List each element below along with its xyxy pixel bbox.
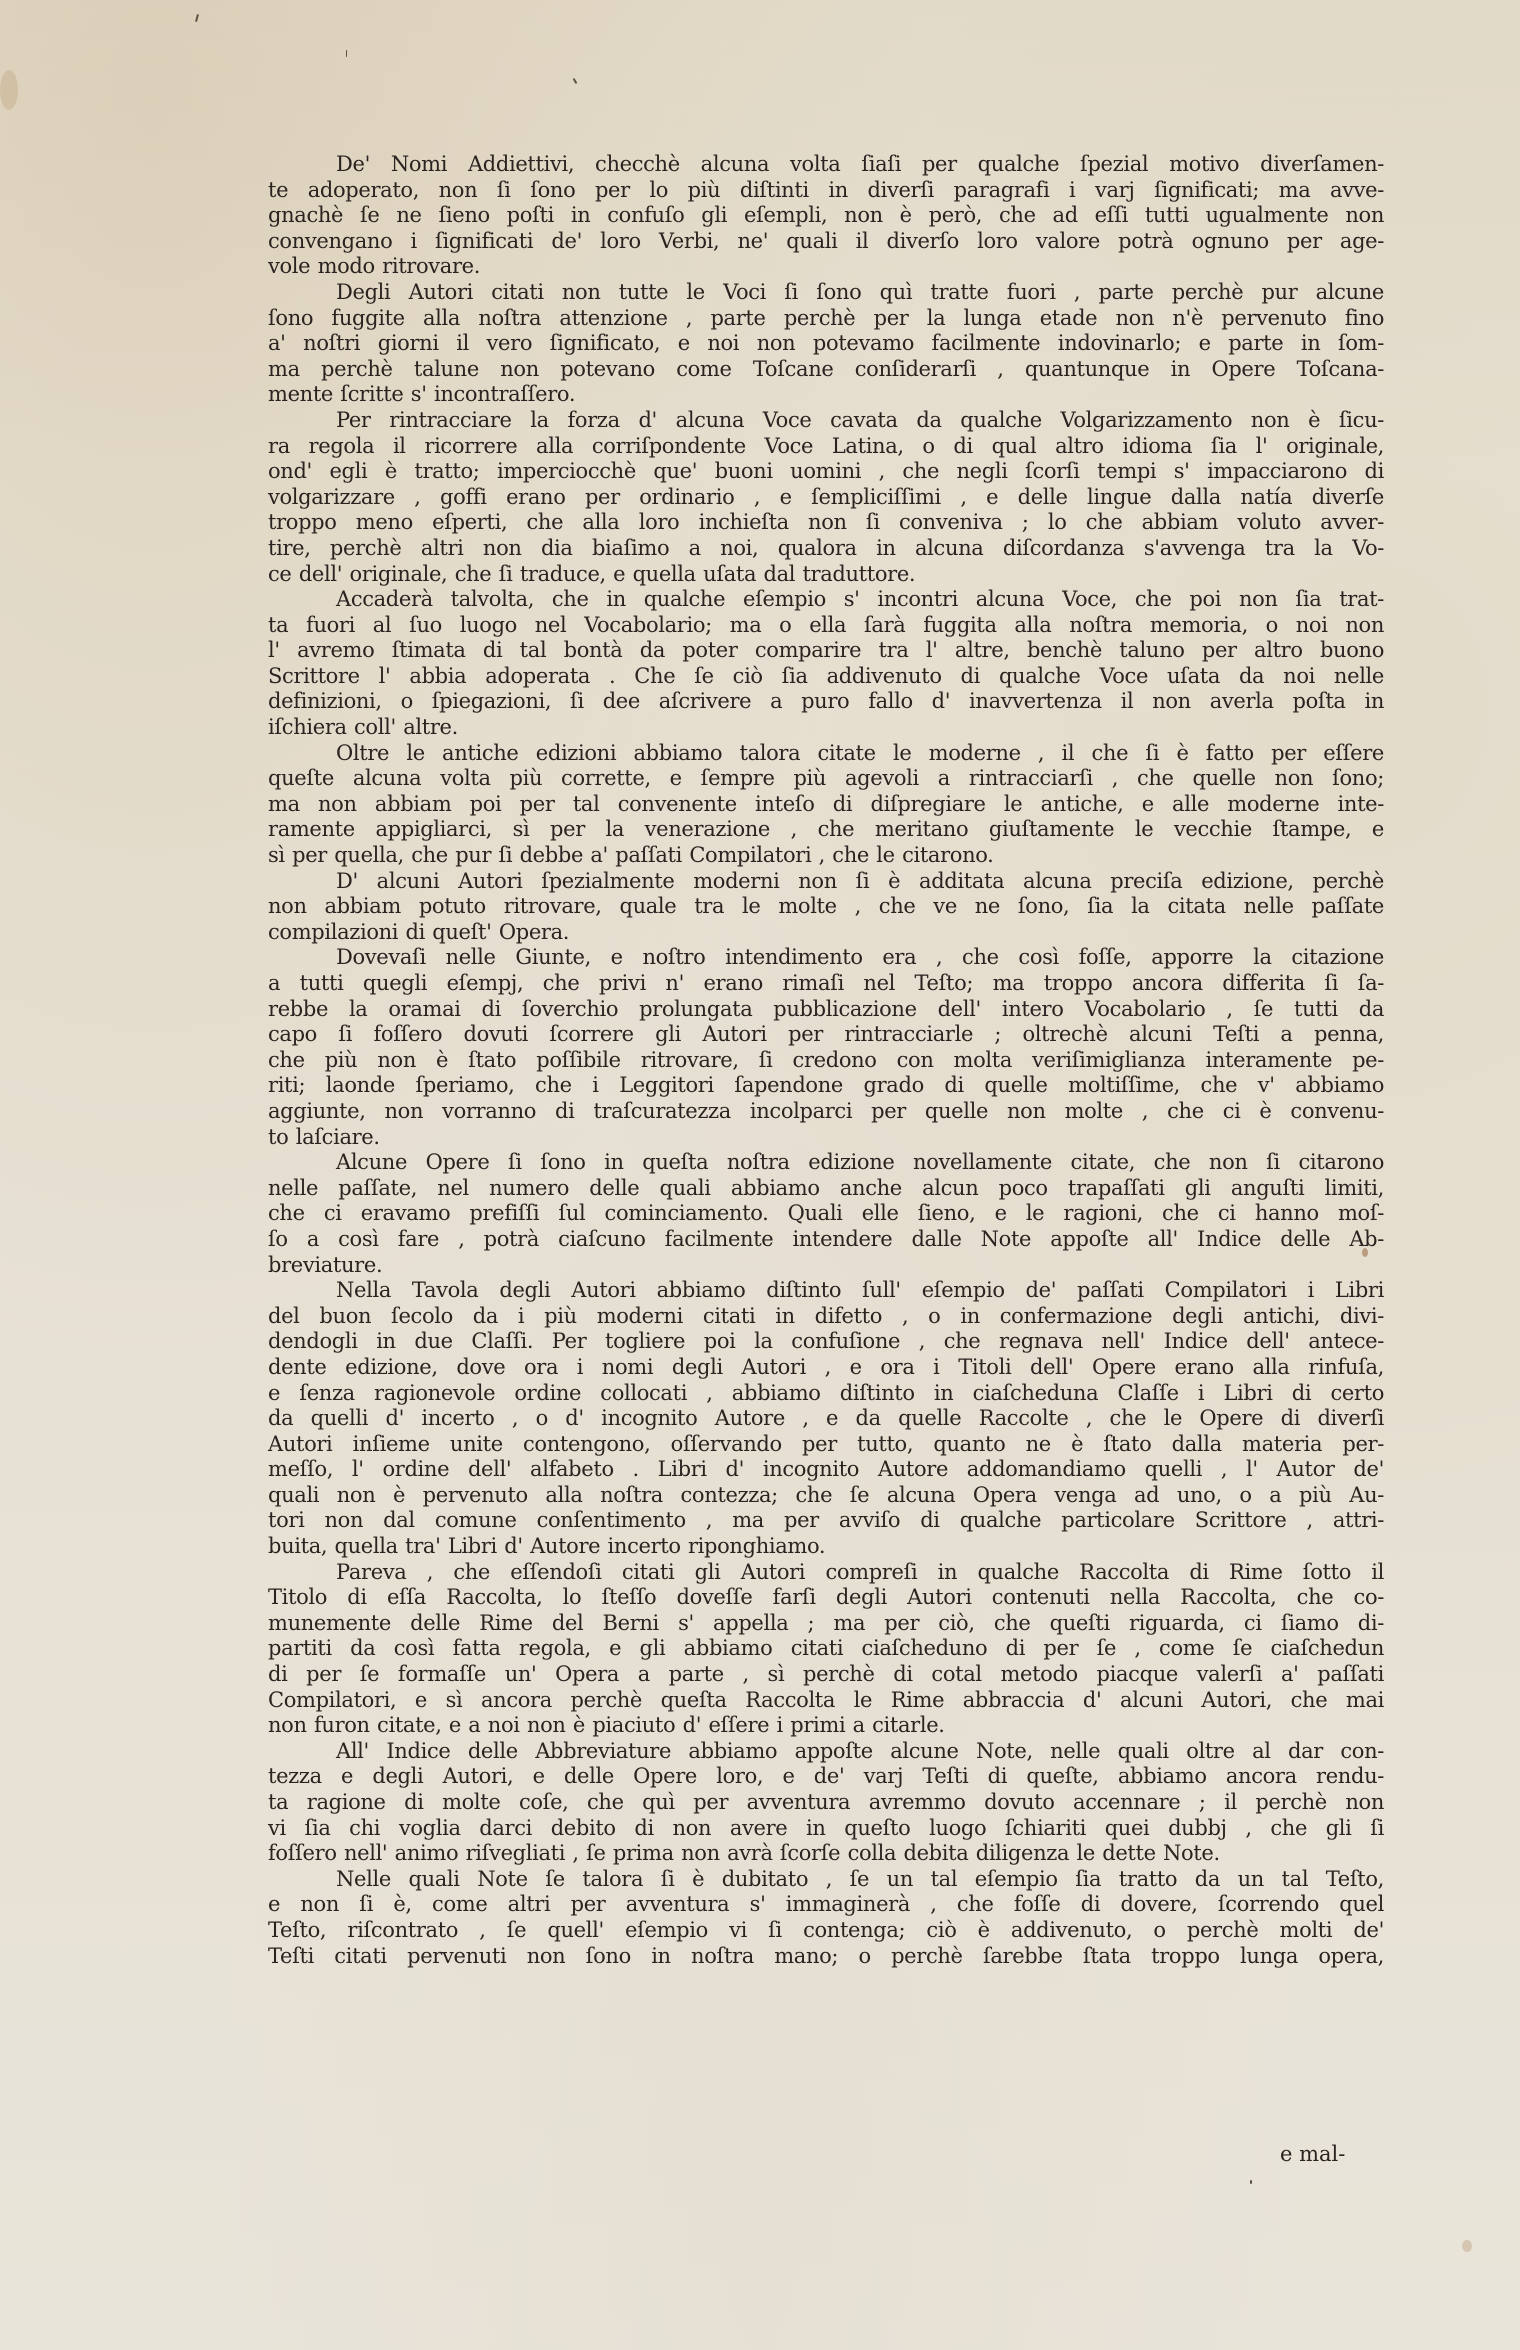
text-line: te adoperato, non ſi ſono per lo più diſ… (268, 178, 1384, 204)
text-line: ramente appigliarci, sì per la venerazio… (268, 817, 1384, 843)
text-line: ce dell' originale, che ſi traduce, e qu… (268, 562, 1384, 588)
text-line: riti; laonde ſperiamo, che i Leggitori ſ… (268, 1073, 1384, 1099)
text-line: che più non è ſtato poſſibile ritrovare,… (268, 1048, 1384, 1074)
text-line: buita, quella tra' Libri d' Autore incer… (268, 1534, 1384, 1560)
text-line: volgarizzare , goffi erano per ordinario… (268, 485, 1384, 511)
text-line: Nella Tavola degli Autori abbiamo diſtin… (268, 1278, 1384, 1304)
text-line: dendogli in due Claſſi. Per togliere poi… (268, 1329, 1384, 1355)
text-line: vi ſia chi voglia darci debito di non av… (268, 1816, 1384, 1842)
paper-speck (1250, 2180, 1252, 2184)
catchword: e mal- (1280, 2142, 1345, 2168)
paragraph-abbreviations-index: All' Indice delle Abbreviature abbiamo a… (268, 1739, 1384, 1867)
text-line: foſſero nell' animo riſvegliati , ſe pri… (268, 1841, 1384, 1867)
text-line: da quelli d' incerto , o d' incognito Au… (268, 1406, 1384, 1432)
text-line: ſo a così fare , potrà ciaſcuno facilmen… (268, 1227, 1384, 1253)
paper-stain (0, 70, 18, 110)
paragraph-translations: Per rintracciare la forza d' alcuna Voce… (268, 408, 1384, 587)
text-line: Teſto, riſcontrato , ſe quell' eſempio v… (268, 1918, 1384, 1944)
text-line: tire, perchè altri non dia biaſimo a noi… (268, 536, 1384, 562)
text-line: Autori inſieme unite contengono, oſſerva… (268, 1432, 1384, 1458)
text-line: gnachè ſe ne ſieno poſti in confuſo gli … (268, 203, 1384, 229)
text-line: e non ſi è, come altri per avventura s' … (268, 1892, 1384, 1918)
text-line: breviature. (268, 1253, 1384, 1279)
text-line: De' Nomi Addiettivi, checchè alcuna volt… (268, 152, 1384, 178)
text-line: meſſo, l' ordine dell' alfabeto . Libri … (268, 1457, 1384, 1483)
paragraph-adjectives: De' Nomi Addiettivi, checchè alcuna volt… (268, 152, 1384, 280)
text-line: compilazioni di queſt' Opera. (268, 920, 1384, 946)
text-line: All' Indice delle Abbreviature abbiamo a… (268, 1739, 1384, 1765)
text-line: queſte alcuna volta più corrette, e ſemp… (268, 766, 1384, 792)
text-line: Per rintracciare la forza d' alcuna Voce… (268, 408, 1384, 434)
text-line: che ci eravamo prefiſſi ſul cominciament… (268, 1201, 1384, 1227)
text-line: e ſenza ragionevole ordine collocati , a… (268, 1381, 1384, 1407)
text-line: iſchiera coll' altre. (268, 715, 1384, 741)
text-line: Oltre le antiche edizioni abbiamo talora… (268, 741, 1384, 767)
text-line: l' avremo ſtimata di tal bontà da poter … (268, 638, 1384, 664)
text-line: ta ragione di molte coſe, che quì per av… (268, 1790, 1384, 1816)
text-line: quali non è pervenuto alla noſtra contez… (268, 1483, 1384, 1509)
text-line: di per ſe formaſſe un' Opera a parte , s… (268, 1662, 1384, 1688)
text-line: Dovevaſi nelle Giunte, e noſtro intendim… (268, 945, 1384, 971)
paragraph-authors-table: Nella Tavola degli Autori abbiamo diſtin… (268, 1278, 1384, 1560)
text-line: munemente delle Rime del Berni s' appell… (268, 1611, 1384, 1637)
text-line: partiti da così fatta regola, e gli abbi… (268, 1636, 1384, 1662)
text-line: ond' egli è tratto; imperciocchè que' bu… (268, 459, 1384, 485)
paragraph-modern-authors: D' alcuni Autori ſpezialmente moderni no… (268, 869, 1384, 946)
paragraph-rime-collection: Pareva , che eſſendoſi citati gli Autori… (268, 1560, 1384, 1739)
text-line: Titolo di eſſa Raccolta, lo ſteſſo doveſ… (268, 1585, 1384, 1611)
text-line: a' noſtri giorni il vero ſignificato, e … (268, 331, 1384, 357)
text-line: rebbe la oramai di ſoverchio prolungata … (268, 997, 1384, 1023)
text-line: Compilatori, e sì ancora perchè queſta R… (268, 1688, 1384, 1714)
text-line: sì per quella, che pur ſi debbe a' paſſa… (268, 843, 1384, 869)
text-line: Degli Autori citati non tutte le Voci ſi… (268, 280, 1384, 306)
text-line: ſono fuggite alla noſtra attenzione , pa… (268, 306, 1384, 332)
text-line: tori non dal comune conſentimento , ma p… (268, 1508, 1384, 1534)
paper-stain (1462, 2240, 1472, 2252)
document-page: De' Nomi Addiettivi, checchè alcuna volt… (0, 0, 1520, 2350)
paragraph-new-works: Alcune Opere ſi ſono in queſta noſtra ed… (268, 1150, 1384, 1278)
text-line: Teſti citati pervenuti non ſono in noſtr… (268, 1944, 1384, 1970)
text-line: D' alcuni Autori ſpezialmente moderni no… (268, 869, 1384, 895)
paper-speck (573, 78, 578, 84)
text-line: a tutti quegli eſempj, che privi n' eran… (268, 971, 1384, 997)
text-line: Accaderà talvolta, che in qualche eſempi… (268, 587, 1384, 613)
text-line: non abbiam potuto ritrovare, quale tra l… (268, 894, 1384, 920)
text-line: ma perchè talune non potevano come Toſca… (268, 357, 1384, 383)
paragraph-cited-authors: Degli Autori citati non tutte le Voci ſi… (268, 280, 1384, 408)
text-line: troppo meno eſperti, che alla loro inchi… (268, 510, 1384, 536)
text-line: convengano i ſignificati de' loro Verbi,… (268, 229, 1384, 255)
paragraph-additions: Dovevaſi nelle Giunte, e noſtro intendim… (268, 945, 1384, 1150)
text-line: ta fuori al ſuo luogo nel Vocabolario; m… (268, 613, 1384, 639)
text-line: non furon citate, e a noi non è piaciuto… (268, 1713, 1384, 1739)
paragraph-notes-doubts: Nelle quali Note ſe talora ſi è dubitato… (268, 1867, 1384, 1969)
text-line: ra regola il ricorrere alla corriſponden… (268, 434, 1384, 460)
text-line: dente edizione, dove ora i nomi degli Au… (268, 1355, 1384, 1381)
text-line: to laſciare. (268, 1125, 1384, 1151)
text-line: Alcune Opere ſi ſono in queſta noſtra ed… (268, 1150, 1384, 1176)
text-line: capo ſi foſſero dovuti ſcorrere gli Auto… (268, 1022, 1384, 1048)
text-line: nelle paſſate, nel numero delle quali ab… (268, 1176, 1384, 1202)
text-line: tezza e degli Autori, e delle Opere loro… (268, 1764, 1384, 1790)
text-line: Pareva , che eſſendoſi citati gli Autori… (268, 1560, 1384, 1586)
text-line: vole modo ritrovare. (268, 254, 1384, 280)
paragraph-missing-voices: Accaderà talvolta, che in qualche eſempi… (268, 587, 1384, 741)
body-text: De' Nomi Addiettivi, checchè alcuna volt… (268, 152, 1384, 1969)
paper-speck (346, 50, 347, 57)
text-line: mente ſcritte s' incontraſſero. (268, 382, 1384, 408)
text-line: del buon ſecolo da i più moderni citati … (268, 1304, 1384, 1330)
text-line: aggiunte, non vorranno di traſcuratezza … (268, 1099, 1384, 1125)
paper-speck (195, 14, 199, 22)
paragraph-editions: Oltre le antiche edizioni abbiamo talora… (268, 741, 1384, 869)
text-line: Scrittore l' abbia adoperata . Che ſe ci… (268, 664, 1384, 690)
text-line: Nelle quali Note ſe talora ſi è dubitato… (268, 1867, 1384, 1893)
text-line: ma non abbiam poi per tal convenente int… (268, 792, 1384, 818)
text-line: definizioni, o ſpiegazioni, ſi dee aſcri… (268, 689, 1384, 715)
